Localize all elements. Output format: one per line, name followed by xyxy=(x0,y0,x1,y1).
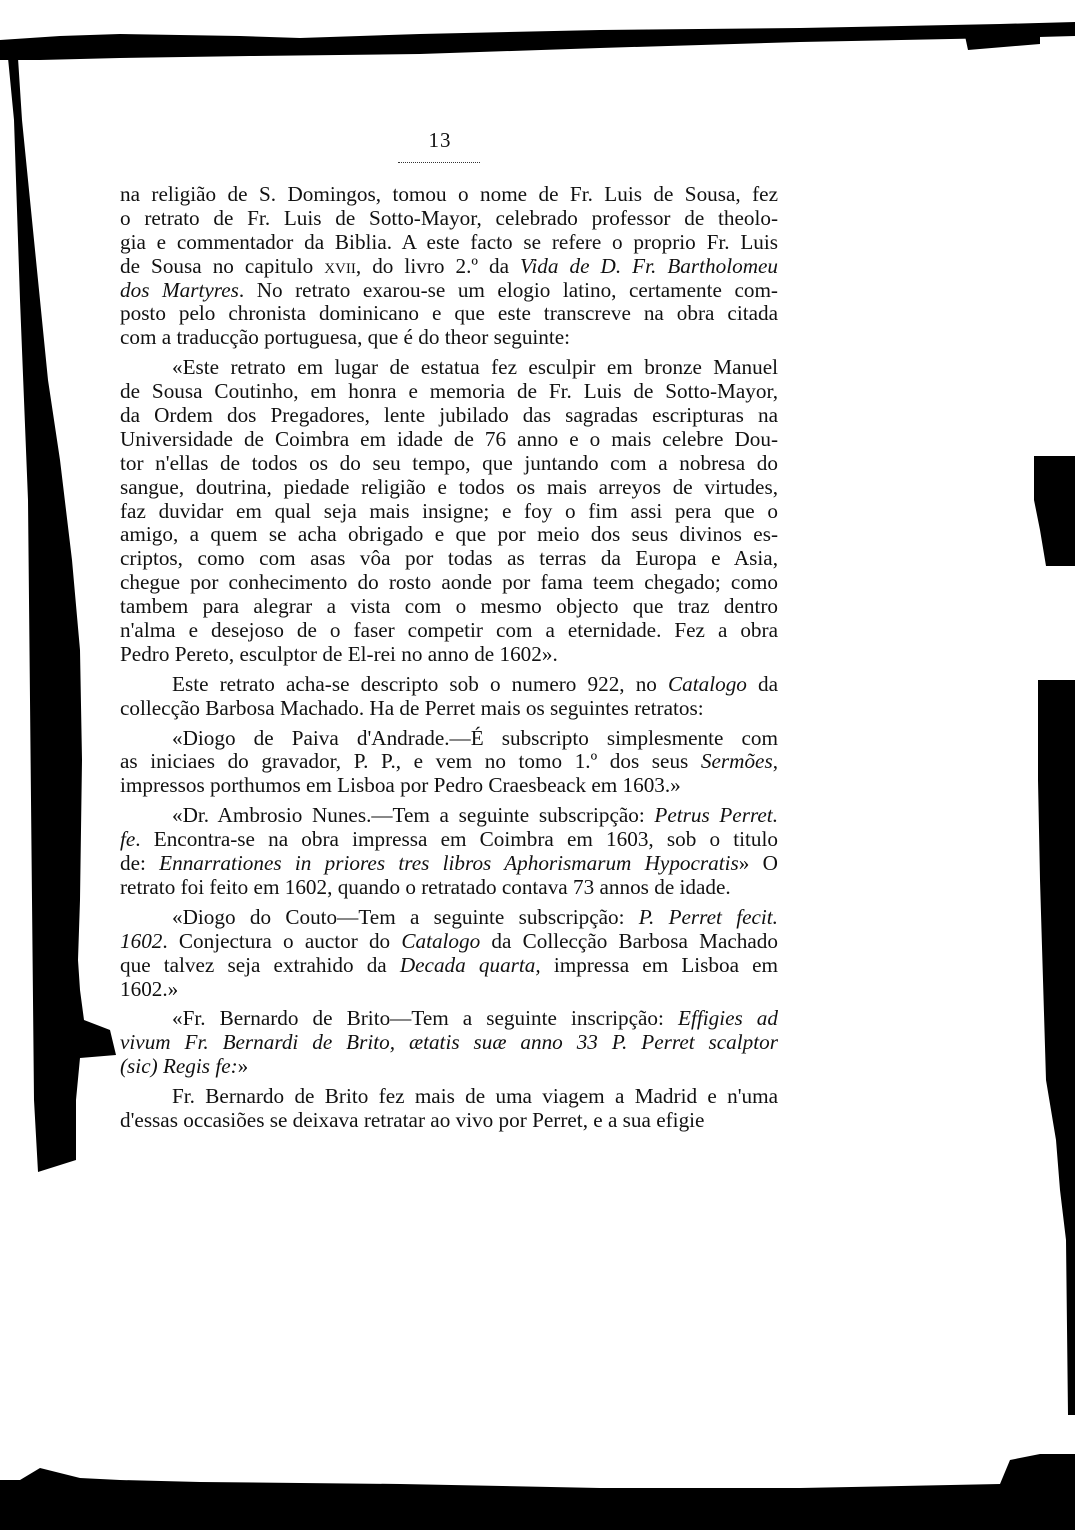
paragraph: «Dr. Ambrosio Nunes.—Tem a seguinte subs… xyxy=(120,804,778,900)
text-line: «Diogo do Couto—Tem a seguinte subscripç… xyxy=(120,906,778,930)
text-line: Fr. Bernardo de Brito fez mais de uma vi… xyxy=(120,1085,778,1109)
text-line: fe. Encontra-se na obra impressa em Coim… xyxy=(120,828,778,852)
text-line: impressos porthumos em Lisboa por Pedro … xyxy=(120,774,778,798)
text-line: da Ordem dos Pregadores, lente jubilado … xyxy=(120,404,778,428)
scan-right-border xyxy=(1030,380,1075,1480)
scan-bottom-border xyxy=(0,1440,1075,1530)
text-line: de Sousa Coutinho, em honra e memoria de… xyxy=(120,380,778,404)
text-line: as iniciaes do gravador, P. P., e vem no… xyxy=(120,750,778,774)
text-line: 1602. Conjectura o auctor do Catalogo da… xyxy=(120,930,778,954)
text-line: «Fr. Bernardo de Brito—Tem a seguinte in… xyxy=(120,1007,778,1031)
text-line: de: Ennarrationes in priores tres libros… xyxy=(120,852,778,876)
text-line: Universidade de Coimbra em idade de 76 a… xyxy=(120,428,778,452)
text-line: Pedro Pereto, esculptor de El-rei no ann… xyxy=(120,643,778,667)
scan-bottom-border-shape xyxy=(0,1440,1075,1530)
text-line: «Diogo de Paiva d'Andrade.—É subscripto … xyxy=(120,727,778,751)
text-line: posto pelo chronista dominicano e que es… xyxy=(120,302,778,326)
text-line: criptos, como com asas vôa por todas as … xyxy=(120,547,778,571)
text-line: «Este retrato em lugar de estatua fez es… xyxy=(120,356,778,380)
page-number-text: 13 xyxy=(429,128,452,152)
scan-top-border-shape xyxy=(0,0,1075,60)
text-line: (sic) Regis fe:» xyxy=(120,1055,778,1079)
text-line: com a traducção portuguesa, que é do the… xyxy=(120,326,778,350)
text-line: gia e commentador da Biblia. A este fact… xyxy=(120,231,778,255)
paragraph: «Diogo do Couto—Tem a seguinte subscripç… xyxy=(120,906,778,1002)
text-line: chegue por conhecimento do rosto aonde p… xyxy=(120,571,778,595)
text-line: Este retrato acha-se descripto sob o num… xyxy=(120,673,778,697)
header-rule xyxy=(398,162,480,163)
scan-top-border xyxy=(0,0,1075,52)
text-line: que talvez seja extrahido da Decada quar… xyxy=(120,954,778,978)
text-line: tor n'ellas de todos os do seu tempo, qu… xyxy=(120,452,778,476)
paragraph: «Diogo de Paiva d'Andrade.—É subscripto … xyxy=(120,727,778,799)
text-line: «Dr. Ambrosio Nunes.—Tem a seguinte subs… xyxy=(120,804,778,828)
text-line: n'alma e desejoso de o faser competir co… xyxy=(120,619,778,643)
body-text: na religião de S. Domingos, tomou o nome… xyxy=(120,183,778,1133)
text-line: o retrato de Fr. Luis de Sotto-Mayor, ce… xyxy=(120,207,778,231)
text-line: collecção Barbosa Machado. Ha de Perret … xyxy=(120,697,778,721)
scan-left-border-shape xyxy=(0,0,120,1530)
text-line: de Sousa no capitulo xvii, do livro 2.º … xyxy=(120,255,778,279)
text-line: retrato foi feito em 1602, quando o retr… xyxy=(120,876,778,900)
text-line: d'essas occasiões se deixava retratar ao… xyxy=(120,1109,778,1133)
paragraph: na religião de S. Domingos, tomou o nome… xyxy=(120,183,778,350)
text-line: amigo, a quem se acha obrigado e que por… xyxy=(120,523,778,547)
text-line: na religião de S. Domingos, tomou o nome… xyxy=(120,183,778,207)
paragraph: «Este retrato em lugar de estatua fez es… xyxy=(120,356,778,667)
text-line: 1602.» xyxy=(120,978,778,1002)
scan-right-border-shape xyxy=(1030,380,1075,1480)
scan-left-border xyxy=(0,0,120,1530)
text-line: sangue, doutrina, piedade religião e tod… xyxy=(120,476,778,500)
page-number: 13 xyxy=(0,128,880,153)
paragraph: «Fr. Bernardo de Brito—Tem a seguinte in… xyxy=(120,1007,778,1079)
paragraph: Este retrato acha-se descripto sob o num… xyxy=(120,673,778,721)
text-line: tambem para alegrar a vista com o mesmo … xyxy=(120,595,778,619)
text-line: faz duvidar em qual seja mais insigne; e… xyxy=(120,500,778,524)
paragraph: Fr. Bernardo de Brito fez mais de uma vi… xyxy=(120,1085,778,1133)
text-line: dos Martyres. No retrato exarou-se um el… xyxy=(120,279,778,303)
text-line: vivum Fr. Bernardi de Brito, ætatis suæ … xyxy=(120,1031,778,1055)
